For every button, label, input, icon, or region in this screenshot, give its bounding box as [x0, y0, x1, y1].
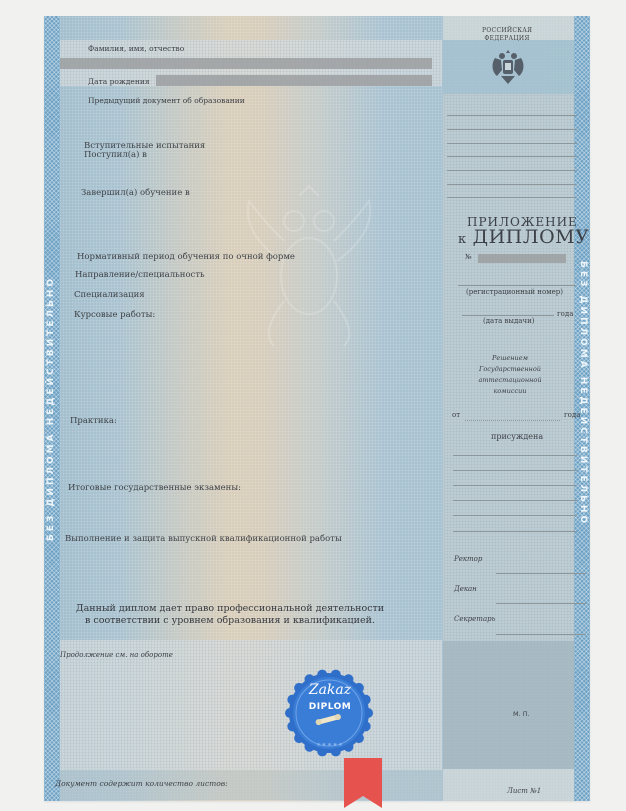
from-date-line: [465, 420, 560, 421]
study-period-label: Нормативный период обучения по очной фор…: [77, 252, 295, 262]
practice-label: Практика:: [70, 416, 117, 426]
commission-line4: комиссии: [470, 386, 550, 397]
from-label: от: [452, 411, 460, 419]
rule-line: [447, 143, 577, 144]
reg-number-caption: (регистрационный номер): [466, 288, 563, 296]
awarded-label: присуждена: [491, 432, 543, 441]
supplement-diploma: ДИПЛОМУ: [473, 226, 590, 248]
security-border-left: БЕЗ ДИПЛОМА НЕДЕЙСТВИТЕЛЬНО: [44, 16, 60, 801]
badge-stars: ★★★★★: [304, 742, 356, 748]
security-text-left: БЕЗ ДИПЛОМА НЕДЕЙСТВИТЕЛЬНО: [46, 276, 56, 541]
rule-line: [447, 184, 577, 185]
full-name-value-redacted: [скрыто]: [60, 58, 432, 69]
security-text-right: БЕЗ ДИПЛОМА НЕДЕЙСТВИТЕЛЬНО: [578, 261, 588, 526]
rule-line: [447, 115, 577, 116]
rector-label: Ректор: [454, 555, 482, 563]
country-line1: РОССИЙСКАЯ: [482, 27, 532, 35]
commission-text: Решением Государственной аттестационной …: [470, 353, 550, 397]
rule-line: [453, 500, 577, 501]
seal-area: [443, 641, 574, 769]
seal-placeholder: М. П.: [513, 710, 530, 718]
rule-line: [447, 197, 577, 198]
coursework-label: Курсовые работы:: [74, 310, 155, 320]
country-name: РОССИЙСКАЯ ФЕДЕРАЦИЯ: [482, 27, 532, 43]
supplement-k: к: [458, 232, 467, 247]
rule-line: [447, 129, 577, 130]
reg-number-line: [458, 285, 576, 286]
full-name-label: Фамилия, имя, отчество: [88, 44, 184, 53]
state-exams-label: Итоговые государственные экзамены:: [68, 483, 241, 493]
secretary-signature-line: [496, 634, 586, 635]
rights-statement-line2: в соответствии с уровнем образования и к…: [60, 615, 400, 627]
coat-of-arms-icon: [489, 46, 527, 86]
continuation-band: [60, 640, 442, 770]
enrolled-label: Поступил(а) в: [84, 150, 147, 160]
right-column: [443, 16, 574, 801]
country-line2: ФЕДЕРАЦИЯ: [482, 35, 532, 43]
badge-brand-script: Zakaz: [304, 682, 356, 698]
birth-date-label: Дата рождения: [88, 77, 150, 86]
previous-document-label: Предыдущий документ об образовании: [88, 96, 245, 105]
issue-date-line: [462, 315, 554, 316]
from-year-suffix: года: [564, 411, 580, 419]
rule-line: [453, 485, 577, 486]
specialty-label: Направление/специальность: [75, 270, 205, 280]
security-border-right: БЕЗ ДИПЛОМА НЕДЕЙСТВИТЕЛЬНО: [574, 16, 590, 801]
supplement-subtitle: кДИПЛОМУ: [458, 226, 589, 248]
rule-line: [447, 156, 577, 157]
eagle-watermark-icon: [234, 181, 384, 351]
rule-line: [447, 170, 577, 171]
sheet-number-band: [443, 769, 574, 801]
rule-line: [453, 455, 577, 456]
thesis-label: Выполнение и защита выпускной квалификац…: [65, 534, 342, 544]
rule-line: [453, 470, 577, 471]
dean-label: Декан: [454, 585, 477, 593]
continued-note: Продолжение см. на обороте: [60, 651, 173, 659]
number-label: №: [465, 253, 472, 261]
specialization-label: Специализация: [74, 290, 145, 300]
sheet-count-label: Документ содержит количество листов:: [55, 779, 228, 788]
secretary-label: Секретарь: [454, 615, 495, 623]
commission-line3: аттестационной: [470, 375, 550, 386]
issue-date-caption: (дата выдачи): [483, 317, 535, 325]
rights-statement-line1: Данный диплом дает право профессионально…: [60, 603, 400, 615]
rule-line: [453, 515, 577, 516]
dean-signature-line: [496, 603, 586, 604]
badge-brand-name: DIPLOM: [304, 702, 356, 712]
diploma-number-value-redacted: [скрыто]: [478, 254, 566, 263]
ribbon-icon: [342, 758, 384, 808]
rector-signature-line: [496, 573, 586, 574]
commission-line1: Решением: [470, 353, 550, 364]
birth-date-value-redacted: [скрыто]: [156, 75, 432, 86]
sheet-number: Лист №1: [507, 787, 541, 795]
commission-line2: Государственной: [470, 364, 550, 375]
issue-year-suffix: года: [557, 310, 573, 318]
rule-line: [453, 531, 577, 532]
completed-label: Завершил(а) обучение в: [81, 188, 190, 198]
